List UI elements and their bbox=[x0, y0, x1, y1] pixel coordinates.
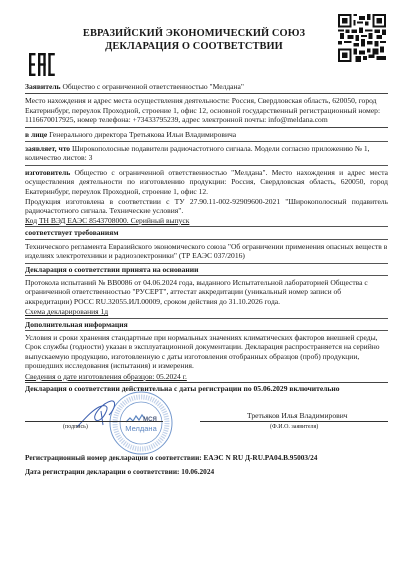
divider bbox=[25, 127, 388, 128]
basis-label: Декларация о соответствии принята на осн… bbox=[25, 265, 388, 274]
declares-value: Широкополосные подавители радиочастотног… bbox=[25, 144, 370, 162]
declares-label: заявляет, что bbox=[25, 144, 70, 153]
divider bbox=[25, 141, 388, 142]
represented-by-label: в лице bbox=[25, 130, 47, 139]
requirements-value: Технического регламента Евразийского эко… bbox=[25, 241, 388, 262]
svg-text:MCЯ: MCЯ bbox=[143, 417, 157, 423]
registration-date: Дата регистрации декларации о соответств… bbox=[25, 467, 388, 476]
additional-info-value: Условия и сроки хранения стандартные при… bbox=[25, 332, 388, 372]
declaration-page: ЕВРАЗИЙСКИЙ ЭКОНОМИЧЕСКИЙ СОЮЗ ДЕКЛАРАЦИ… bbox=[0, 0, 400, 565]
divider bbox=[25, 275, 388, 276]
divider bbox=[25, 382, 388, 383]
document-header: ЕВРАЗИЙСКИЙ ЭКОНОМИЧЕСКИЙ СОЮЗ ДЕКЛАРАЦИ… bbox=[60, 28, 328, 53]
divider bbox=[25, 93, 388, 94]
declaration-body: Заявитель Общество с ограниченной ответс… bbox=[25, 81, 388, 476]
name-caption: (Ф.И.О. заявителя) bbox=[270, 423, 318, 432]
represented-by-value: Генерального директора Третьякова Ильи В… bbox=[49, 130, 236, 139]
registration-number: Регистрационный номер декларации о соотв… bbox=[25, 453, 388, 462]
manufacturer-section: изготовитель Общество с ограниченной отв… bbox=[25, 167, 388, 197]
location-section: Место нахождения и адрес места осуществл… bbox=[25, 95, 388, 125]
divider bbox=[25, 263, 388, 264]
divider bbox=[25, 165, 388, 166]
sample-date: Сведения о дате изготовления образцов: 0… bbox=[25, 372, 388, 381]
applicant-section: Заявитель Общество с ограниченной ответс… bbox=[25, 81, 388, 92]
applicant-value: Общество с ограниченной ответственностью… bbox=[62, 82, 244, 91]
manufacturer-value: Общество с ограниченной ответственностью… bbox=[25, 168, 388, 196]
represented-by-section: в лице Генерального директора Третьякова… bbox=[25, 129, 388, 140]
basis-value: Протокола испытаний № ВВ0086 от 04.06.20… bbox=[25, 277, 388, 307]
declaration-title: ДЕКЛАРАЦИЯ О СООТВЕТСТВИИ bbox=[60, 41, 328, 54]
production-standard: Продукция изготовлена в соответствии с Т… bbox=[25, 197, 388, 216]
customs-code: Код ТН ВЭД ЕАЭС 8543708000. Серийный вып… bbox=[25, 216, 388, 225]
qr-code-icon bbox=[338, 14, 386, 62]
manufacturer-label: изготовитель bbox=[25, 168, 70, 177]
eac-logo-icon bbox=[29, 53, 55, 76]
divider bbox=[25, 318, 388, 319]
requirements-label: соответствует требованиям bbox=[25, 228, 388, 237]
signature-block: MCЯ Мелдана (подпись) Третьяков Илья Вла… bbox=[25, 395, 388, 447]
signer-name: Третьяков Илья Владимирович bbox=[247, 411, 348, 420]
divider bbox=[25, 226, 388, 227]
applicant-label: Заявитель bbox=[25, 82, 61, 91]
signature-line bbox=[25, 421, 163, 422]
divider bbox=[25, 239, 388, 240]
name-line bbox=[200, 421, 388, 422]
declaration-scheme: Схема декларирования 1д bbox=[25, 307, 388, 316]
divider bbox=[25, 330, 388, 331]
union-title: ЕВРАЗИЙСКИЙ ЭКОНОМИЧЕСКИЙ СОЮЗ bbox=[60, 28, 328, 41]
signature-caption: (подпись) bbox=[63, 423, 88, 432]
declares-section: заявляет, что Широкополосные подавители … bbox=[25, 143, 388, 164]
additional-info-label: Дополнительная информация bbox=[25, 320, 388, 329]
validity-text: Декларация о соответствии действительна … bbox=[25, 384, 388, 393]
